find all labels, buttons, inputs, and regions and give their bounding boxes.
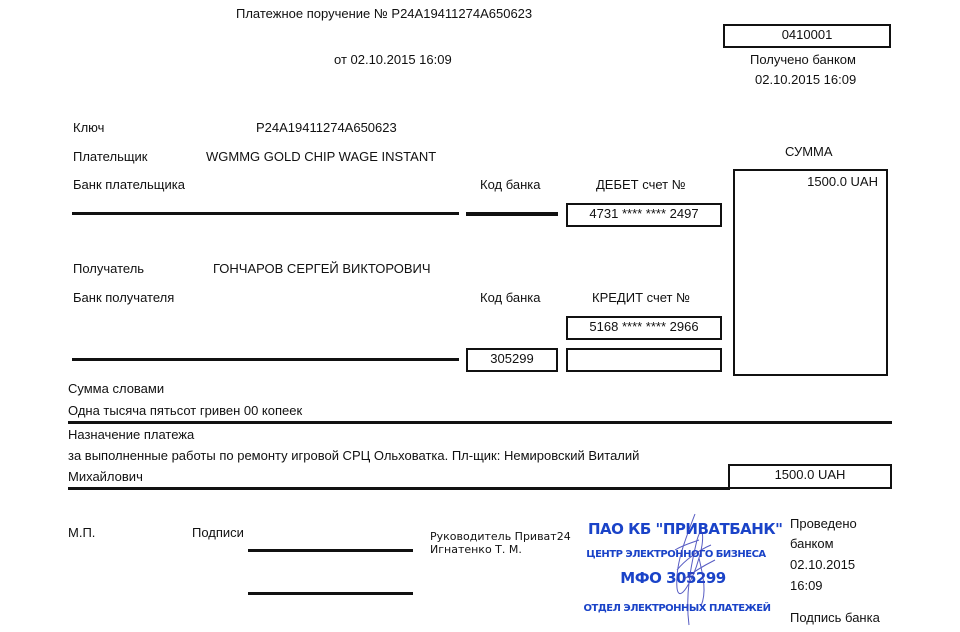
- words-label: Сумма словами: [68, 381, 164, 397]
- signatures-label: Подписи: [192, 525, 244, 541]
- document-date: от 02.10.2015 16:09: [334, 52, 452, 68]
- recipient-value: ГОНЧАРОВ СЕРГЕЙ ВИКТОРОВИЧ: [213, 261, 431, 277]
- manager-name: Игнатенко Т. М.: [430, 543, 522, 556]
- payer-value: WGMMG GOLD CHIP WAGE INSTANT: [206, 149, 436, 165]
- key-label: Ключ: [73, 120, 104, 136]
- payer-bank-code-line: [466, 212, 558, 216]
- amount-label: СУММА: [785, 144, 833, 160]
- bank-signature-label: Подпись банка: [790, 608, 880, 628]
- purpose-line1: за выполненные работы по ремонту игровой…: [68, 448, 639, 464]
- recipient-bank-label: Банк получателя: [73, 290, 174, 306]
- amount-box: 1500.0 UAH: [733, 169, 888, 376]
- purpose-label: Назначение платежа: [68, 427, 194, 443]
- payer-bank-label: Банк плательщика: [73, 177, 185, 193]
- recipient-bank-code-label: Код банка: [480, 290, 540, 306]
- processed-date: 02.10.2015: [790, 555, 855, 575]
- manager-title: Руководитель Приват24: [430, 530, 571, 543]
- signature-line-1: [248, 549, 413, 552]
- credit-label: КРЕДИТ счет №: [592, 290, 690, 306]
- recipient-label: Получатель: [73, 261, 144, 277]
- debit-account-box: 4731 **** **** 2497: [566, 203, 722, 227]
- payer-bank-line: [72, 212, 459, 215]
- credit-account-box: 5168 **** **** 2966: [566, 316, 722, 340]
- processed-time: 16:09: [790, 576, 823, 596]
- processed-line1: Проведено: [790, 514, 857, 534]
- document-title: Платежное поручение № P24A19411274A65062…: [236, 6, 532, 22]
- received-label: Получено банком: [750, 52, 856, 68]
- purpose-line2: Михайлович: [68, 469, 143, 485]
- processed-line2: банком: [790, 534, 834, 554]
- stamp-place-label: М.П.: [68, 525, 95, 541]
- recipient-bank-code-box: 305299: [466, 348, 558, 372]
- signature-line-2: [248, 592, 413, 595]
- words-value: Одна тысяча пятьсот гривен 00 копеек: [68, 403, 302, 419]
- amount-value: 1500.0 UAH: [807, 174, 878, 189]
- key-value: P24A19411274A650623: [256, 120, 397, 136]
- purpose-divider: [68, 487, 730, 490]
- payer-label: Плательщик: [73, 149, 147, 165]
- debit-label: ДЕБЕТ счет №: [596, 177, 686, 193]
- handwritten-signature-icon: [655, 510, 730, 632]
- purpose-amount-box: 1500.0 UAH: [728, 464, 892, 489]
- words-divider: [68, 421, 892, 424]
- received-date: 02.10.2015 16:09: [755, 72, 856, 88]
- payer-bank-code-label: Код банка: [480, 177, 540, 193]
- credit-extra-box: [566, 348, 722, 372]
- recipient-bank-line: [72, 358, 459, 361]
- form-code-box: 0410001: [723, 24, 891, 48]
